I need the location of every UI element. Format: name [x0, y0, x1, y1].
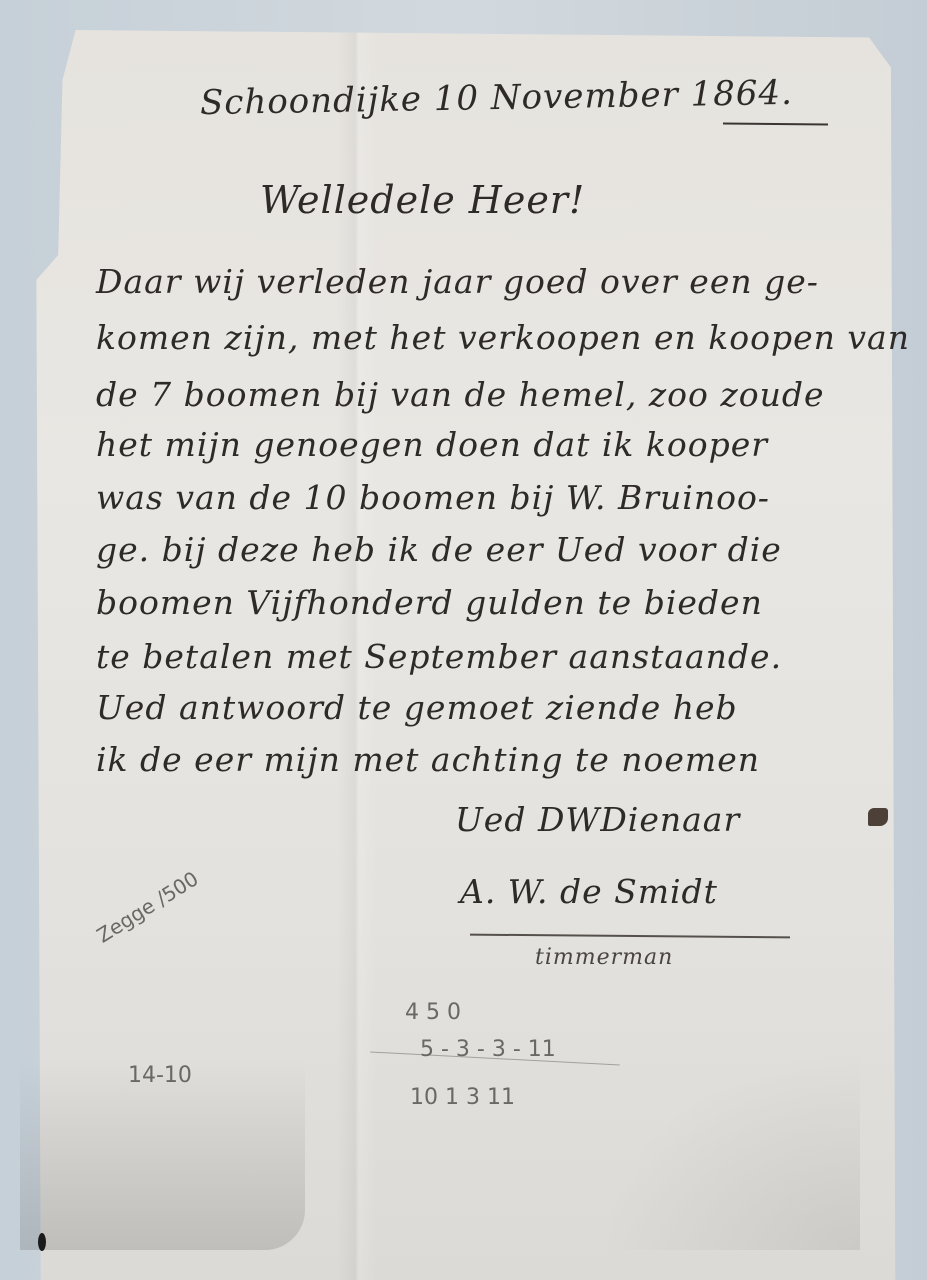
body-line: was van de 10 boomen bij W. Bruinoo- — [96, 478, 770, 517]
occupation: timmerman — [535, 945, 673, 970]
paper-shadow-right — [600, 1050, 860, 1250]
closing-formula: Ued DWDienaar — [455, 800, 740, 839]
salutation: Welledele Heer! — [260, 178, 585, 222]
pencil-calc-line-1: 4 5 0 — [405, 1000, 461, 1025]
body-line: Ued antwoord te gemoet ziende heb — [96, 688, 738, 727]
dark-mark — [38, 1233, 46, 1251]
signature: A. W. de Smidt — [460, 872, 718, 911]
body-line: komen zijn, met het verkoopen en koopen … — [96, 318, 910, 357]
body-line: ge. bij deze heb ik de eer Ued voor die — [96, 530, 782, 569]
pencil-calc-line-3: 10 1 3 11 — [410, 1085, 515, 1110]
paper-shadow-left — [20, 1060, 305, 1250]
body-line: te betalen met September aanstaande. — [96, 637, 782, 676]
body-line: ik de eer mijn met achting te noemen — [96, 740, 760, 779]
body-line: boomen Vijfhonderd gulden te bieden — [96, 583, 763, 622]
ink-blot — [868, 808, 888, 826]
body-line: Daar wij verleden jaar goed over een ge- — [96, 262, 819, 301]
body-line: het mijn genoegen doen dat ik kooper — [96, 425, 768, 464]
pencil-note-bottom-left: 14-10 — [128, 1063, 192, 1088]
body-line: de 7 boomen bij van de hemel, zoo zoude — [96, 375, 825, 414]
